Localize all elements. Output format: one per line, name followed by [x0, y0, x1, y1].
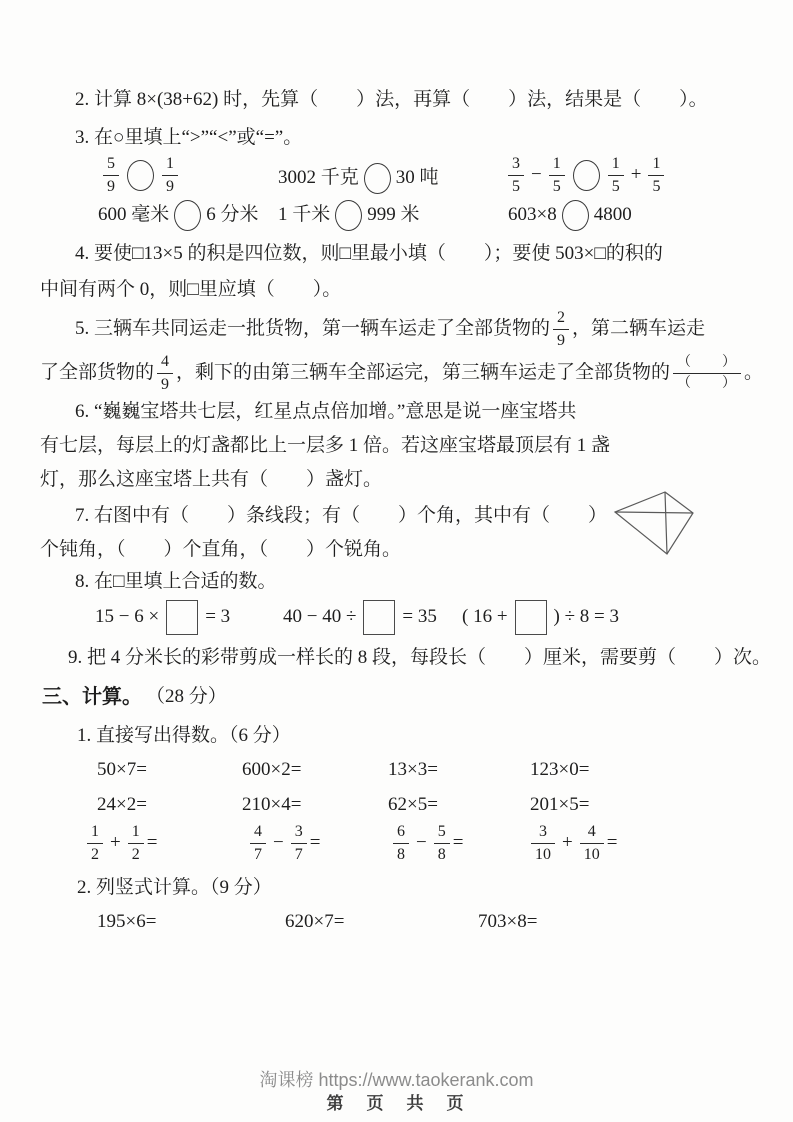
comparison-left: 603×8 [508, 203, 557, 228]
comparison-circle[interactable] [127, 160, 154, 191]
equals-sign: = [147, 831, 158, 856]
comparison-right: 30 吨 [396, 166, 439, 191]
fraction: 410 [580, 824, 604, 863]
section-3-points: （28 分） [146, 685, 227, 710]
minus-operator: − [416, 831, 427, 856]
calc-fraction-item: 12 + 12 = [84, 824, 157, 863]
calc-item: 210×4= [242, 793, 301, 818]
calc-item: 24×2= [97, 793, 147, 818]
q3-row2-item1: 600 毫米 6 分米 [98, 200, 259, 231]
question-7-line1: 7. 右图中有（ ）条线段；有（ ）个角，其中有（ ） [75, 504, 607, 529]
calc-item: 50×7= [97, 758, 147, 783]
comparison-circle[interactable] [562, 200, 589, 231]
calc-2-label: 2. 列竖式计算。（9 分） [77, 876, 272, 901]
fraction: 310 [531, 824, 555, 863]
question-6-line3: 灯，那么这座宝塔上共有（ ）盏灯。 [40, 468, 382, 493]
calc-1-label: 1. 直接写出得数。（6 分） [77, 724, 291, 749]
question-6-line2: 有七层，每层上的灯盏都比上一层多 1 倍。若这座宝塔最顶层有 1 盏 [40, 434, 610, 459]
comparison-right: 6 分米 [206, 203, 258, 228]
calc-item: 620×7= [285, 910, 344, 935]
page-number-line: 第 页 共 页 [0, 1089, 793, 1114]
equals-sign: = [453, 831, 464, 856]
comparison-right: 999 米 [367, 203, 419, 228]
answer-box[interactable] [363, 600, 395, 635]
question-5-line2: 了全部货物的 49 ，剩下的由第三辆车全部运完，第三辆车运走了全部货物的 （ ）… [40, 354, 763, 393]
question-3: 3. 在○里填上“>”“<”或“=”。 [75, 126, 302, 151]
plus-operator: + [562, 831, 573, 856]
fraction: 58 [434, 824, 450, 863]
calc-item: 195×6= [97, 910, 156, 935]
question-2: 2. 计算 8×(38+62) 时，先算（ ）法，再算（ ）法，结果是（ ）。 [75, 88, 708, 113]
equals-sign: = [607, 831, 618, 856]
fraction: 37 [291, 824, 307, 863]
comparison-circle[interactable] [174, 200, 201, 231]
fraction: 59 [103, 156, 119, 195]
q8-equation-2: 40 − 40 ÷ = 35 [283, 600, 437, 635]
fraction: 15 [648, 156, 664, 195]
equals-sign: = [310, 831, 321, 856]
question-3-text: 3. 在○里填上“>”“<”或“=”。 [75, 126, 302, 151]
q8-equation-3: ( 16 + ) ÷ 8 = 3 [462, 600, 619, 635]
fraction: 68 [393, 824, 409, 863]
calc-fraction-item: 310 + 410 = [528, 824, 617, 863]
fraction: 12 [87, 824, 103, 863]
blank-answer-fraction[interactable]: （ ）（ ） [673, 356, 741, 391]
plus-operator: + [110, 831, 121, 856]
q3-row1-item2: 3002 千克 30 吨 [278, 163, 439, 194]
calc-item: 201×5= [530, 793, 589, 818]
section-3-header: 三、计算。 （28 分） [42, 684, 227, 710]
calc-item: 62×5= [388, 793, 438, 818]
q3-row2-item2: 1 千米 999 米 [278, 200, 420, 231]
calc-fraction-item: 47 − 37 = [247, 824, 320, 863]
question-5-line1: 5. 三辆车共同运走一批货物，第一辆车运走了全部货物的 29 ，第二辆车运走 [75, 310, 705, 349]
question-9: 9. 把 4 分米长的彩带剪成一样长的 8 段，每段长（ ）厘米，需要剪（ ）次… [68, 646, 771, 671]
fraction: 19 [162, 156, 178, 195]
fraction: 15 [549, 156, 565, 195]
calc-item: 13×3= [388, 758, 438, 783]
answer-box[interactable] [166, 600, 198, 635]
calc-fraction-item: 68 − 58 = [390, 824, 463, 863]
comparison-left: 600 毫米 [98, 203, 169, 228]
comparison-left: 3002 千克 [278, 166, 359, 191]
question-8-label: 8. 在□里填上合适的数。 [75, 570, 276, 595]
question-2-text: 2. 计算 8×(38+62) 时，先算（ ）法，再算（ ）法，结果是（ ）。 [75, 88, 708, 113]
question-4-line1: 4. 要使□13×5 的积是四位数，则□里最小填（ ）；要使 503×□的积的 [75, 242, 663, 267]
comparison-circle[interactable] [364, 163, 391, 194]
comparison-circle[interactable] [335, 200, 362, 231]
question-6-line1: 6. “巍巍宝塔共七层，红星点点倍加增。”意思是说一座宝塔共 [75, 400, 576, 425]
plus-operator: + [631, 163, 642, 188]
fraction: 35 [508, 156, 524, 195]
q3-row2-item3: 603×8 4800 [508, 200, 632, 231]
comparison-left: 1 千米 [278, 203, 330, 228]
comparison-circle[interactable] [573, 160, 600, 191]
question-7-line2: 个钝角，（ ）个直角，（ ）个锐角。 [40, 538, 401, 563]
calc-item: 123×0= [530, 758, 589, 783]
minus-operator: − [531, 163, 542, 188]
fraction: 47 [250, 824, 266, 863]
answer-box[interactable] [515, 600, 547, 635]
worksheet-page: 2. 计算 8×(38+62) 时，先算（ ）法，再算（ ）法，结果是（ ）。 … [0, 0, 793, 1122]
q8-equation-1: 15 − 6 × = 3 [95, 600, 230, 635]
q3-row1-item3: 35 − 15 15 + 15 [505, 156, 667, 195]
comparison-right: 4800 [594, 203, 632, 228]
fraction: 29 [553, 310, 569, 349]
calc-item: 600×2= [242, 758, 301, 783]
section-3-title: 三、计算。 [42, 684, 142, 710]
fraction: 12 [128, 824, 144, 863]
q3-row1-item1: 59 19 [100, 156, 181, 195]
fraction: 49 [157, 354, 173, 393]
kite-diagram [612, 486, 707, 558]
fraction: 15 [608, 156, 624, 195]
calc-item: 703×8= [478, 910, 537, 935]
minus-operator: − [273, 831, 284, 856]
question-4-line2: 中间有两个 0，则□里应填（ ）。 [40, 278, 341, 303]
